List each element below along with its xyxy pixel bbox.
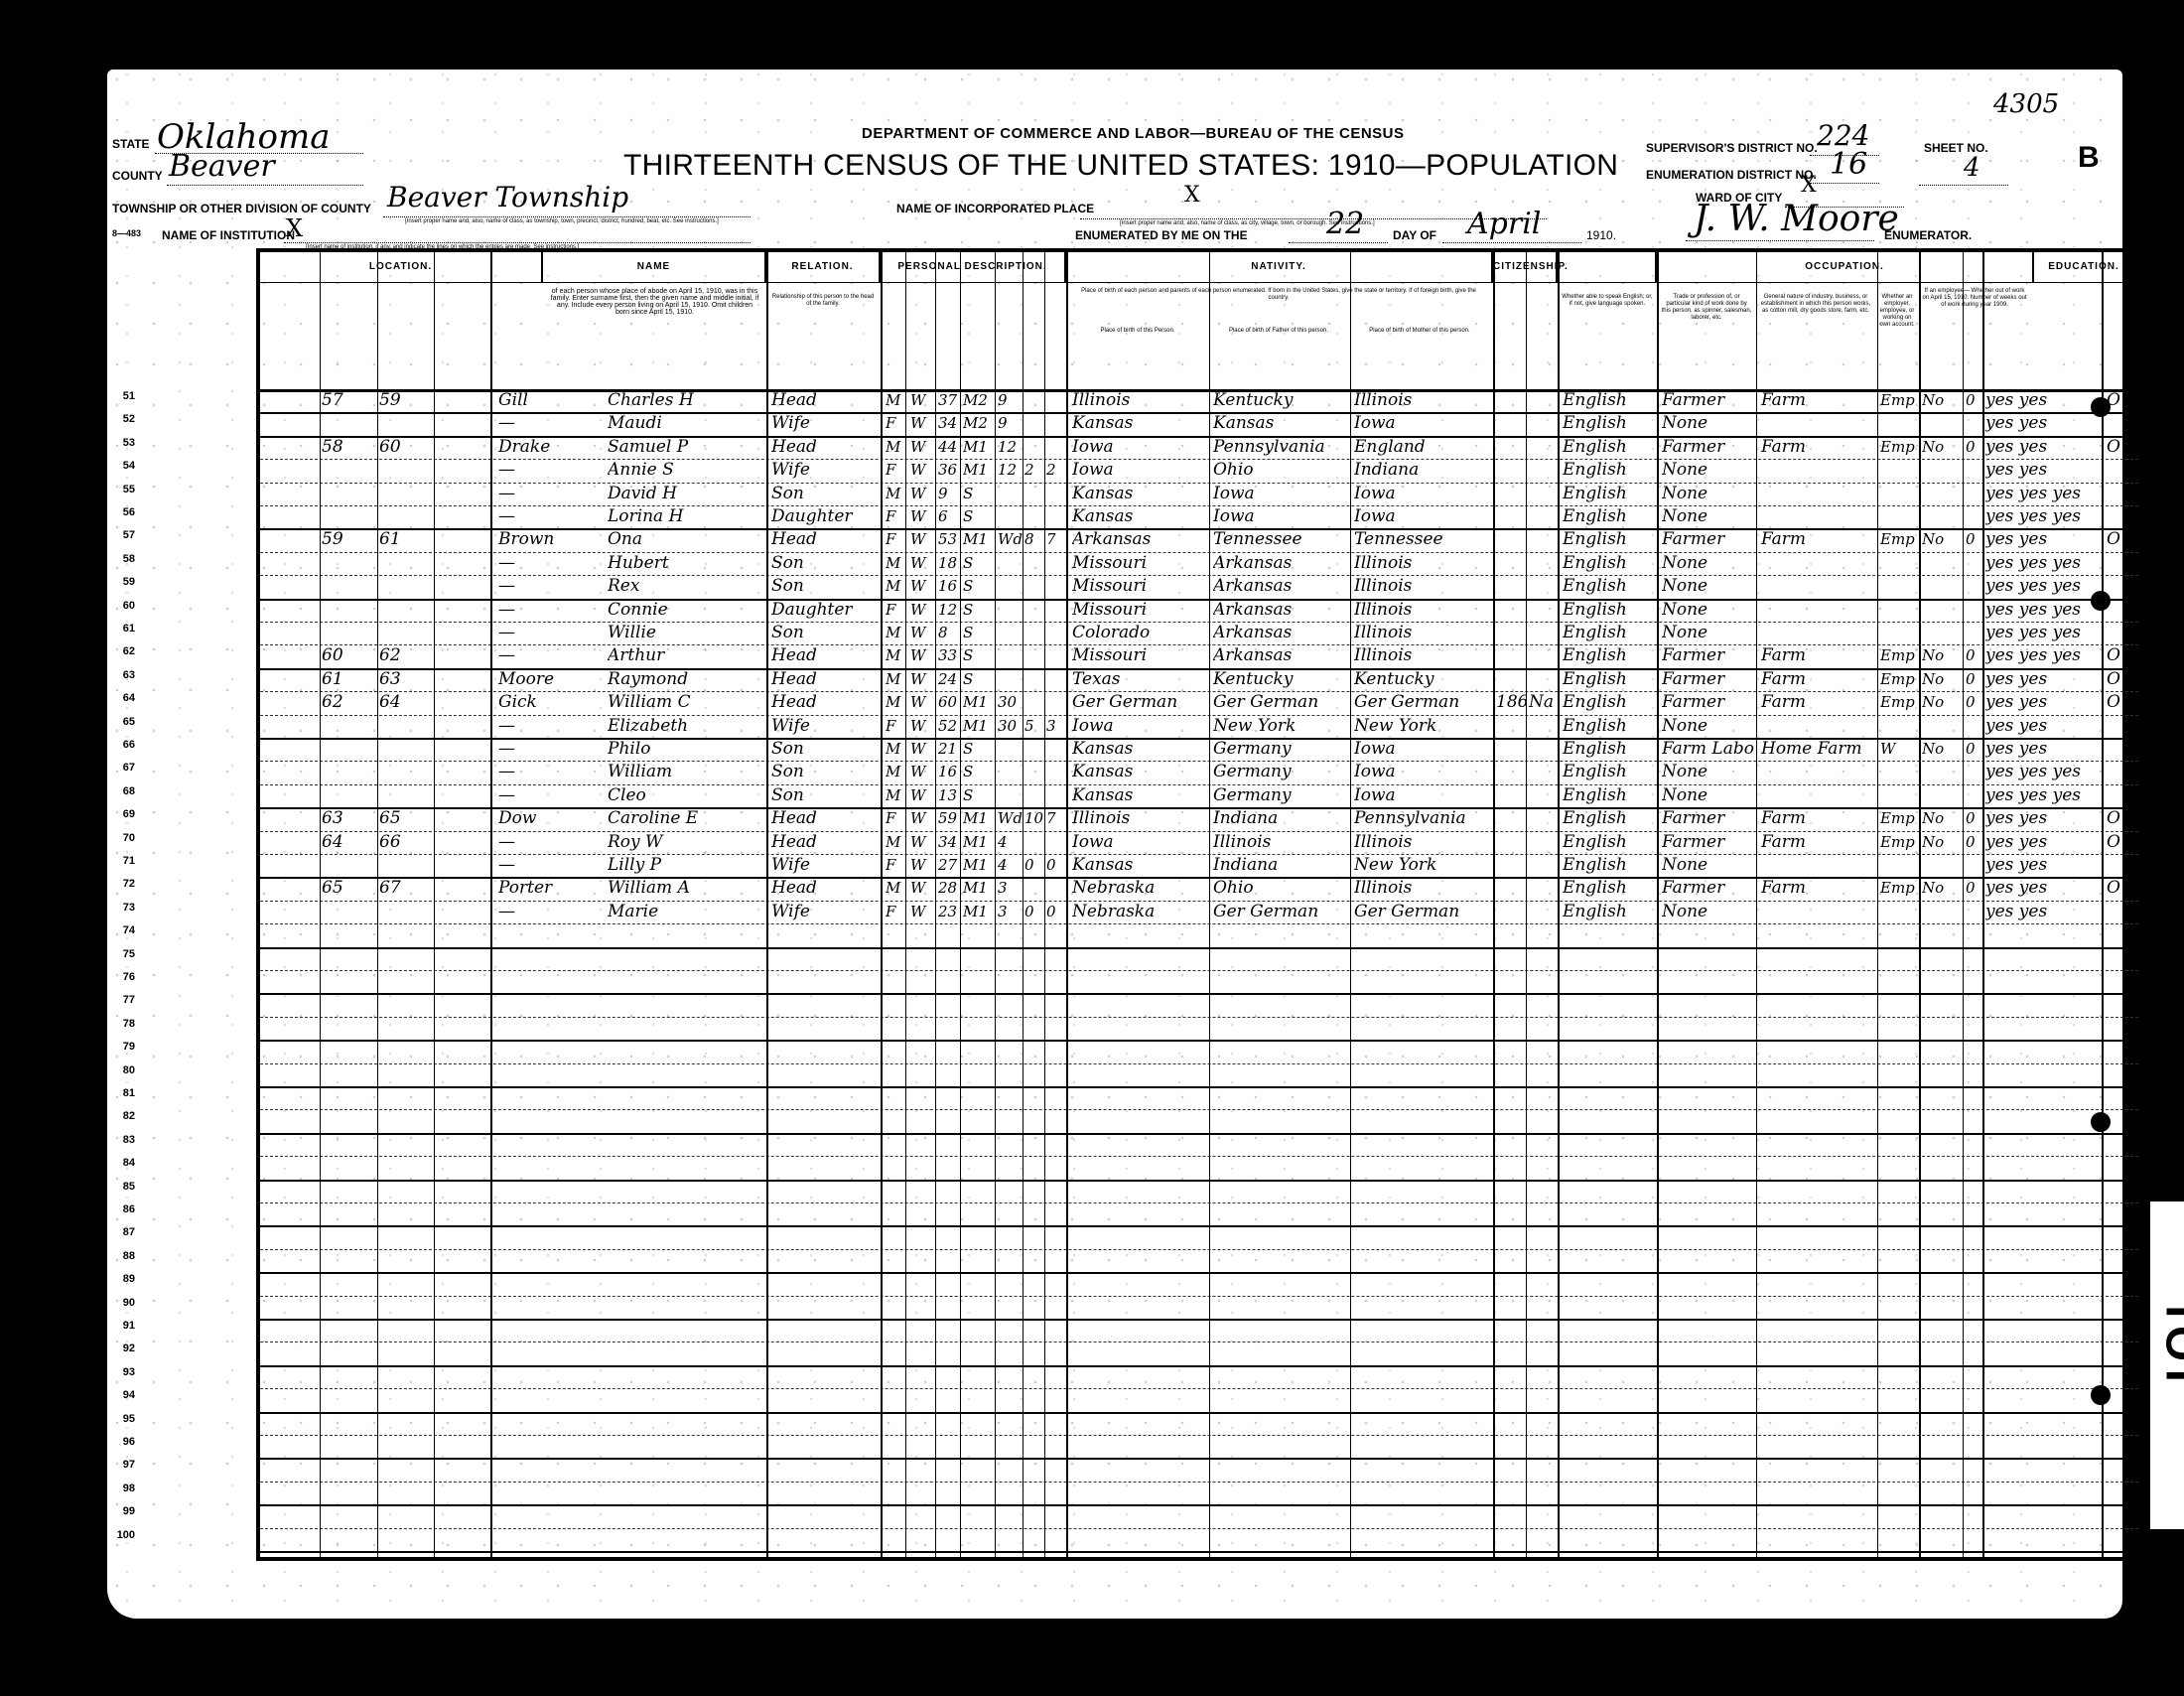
cell-birth-person: Kansas (1072, 784, 1207, 807)
cell-read-write: yes yes yes (1985, 575, 2100, 598)
cell-birth-person: Kansas (1072, 483, 1207, 505)
table-row (260, 1225, 2138, 1249)
cell-given: Ona (608, 528, 764, 551)
cell-birth-mother: Indiana (1354, 459, 1491, 482)
table-row: —Lilly PWifeFW27M1400KansasIndianaNew Yo… (260, 854, 2138, 879)
cell-class (1880, 599, 1918, 622)
cell-birth-father: Arkansas (1213, 599, 1348, 622)
cell-birth-person: Kansas (1072, 412, 1207, 435)
cell-surname: — (498, 622, 608, 644)
cell-years-married: 12 (998, 459, 1023, 482)
cell-natur (1529, 436, 1557, 459)
cell-race: W (910, 715, 934, 738)
cell-weeks-out (1966, 761, 1981, 783)
cell-weeks-out (1966, 599, 1981, 622)
cell-sex: M (886, 644, 905, 667)
cell-english: English (1563, 389, 1656, 412)
census-table: LOCATION. NAME RELATION. PERSONAL DESCRI… (256, 248, 2142, 1561)
table-row: 6062—ArthurHeadMW33SMissouriArkansasIlli… (260, 644, 2138, 669)
cell-family: 65 (379, 807, 429, 830)
vline (1044, 252, 1045, 1557)
cell-natur (1529, 622, 1557, 644)
cell-birth-father: Indiana (1213, 807, 1348, 830)
cell-sex: M (886, 877, 905, 900)
line-number: 69 (105, 808, 135, 820)
line-number: 76 (2150, 971, 2180, 983)
cell-english: English (1563, 459, 1656, 482)
cell-years-married: Wd (998, 807, 1023, 830)
cell-dwelling (322, 599, 371, 622)
cell-trade: Farmer (1662, 877, 1755, 900)
cell-class (1880, 784, 1918, 807)
line-number: 70 (105, 832, 135, 844)
cell-english: English (1563, 528, 1656, 551)
cell-surname: — (498, 483, 608, 505)
cell-trade: Farmer (1662, 807, 1755, 830)
cell-dwelling: 58 (322, 436, 371, 459)
cell-read-write: yes yes (1985, 691, 2100, 714)
cell-given: William C (608, 691, 764, 714)
cell-weeks-out (1966, 412, 1981, 435)
cell-children-living (1046, 575, 1066, 598)
county-line (167, 185, 363, 186)
line-number: 55 (2150, 484, 2180, 495)
cell-given: Elizabeth (608, 715, 764, 738)
cell-birth-father: Pennsylvania (1213, 436, 1348, 459)
vline (1657, 252, 1659, 1557)
cell-years-married: 9 (998, 412, 1023, 435)
cell-birth-mother: Illinois (1354, 644, 1491, 667)
vline (1756, 252, 1757, 1557)
cell-family (379, 738, 429, 761)
cell-given: Connie (608, 599, 764, 622)
cell-surname: — (498, 552, 608, 575)
line-number: 85 (2150, 1181, 2180, 1193)
line-number: 62 (2150, 645, 2180, 657)
line-number: 92 (105, 1343, 135, 1354)
line-number: 72 (105, 878, 135, 890)
township-note: [Insert proper name and, also, name of c… (405, 218, 719, 224)
cell-dwelling (322, 552, 371, 575)
line-number: 90 (105, 1297, 135, 1309)
cell-industry (1761, 715, 1876, 738)
line-number: 78 (2150, 1018, 2180, 1030)
cell-race: W (910, 877, 934, 900)
cell-english: English (1563, 738, 1656, 761)
cell-children-born: 0 (1024, 901, 1044, 923)
cell-immig (1496, 644, 1526, 667)
cell-family (379, 761, 429, 783)
cell-given: Maudi (608, 412, 764, 435)
table-row: —ConnieDaughterFW12SMissouriArkansasIlli… (260, 599, 2138, 623)
cell-children-born (1024, 436, 1044, 459)
table-row: —CleoSonMW13SKansasGermanyIowaEnglishNon… (260, 784, 2138, 809)
cell-relation: Head (771, 644, 879, 667)
cell-age: 8 (938, 622, 960, 644)
cell-years-married: 9 (998, 389, 1023, 412)
table-row (260, 1133, 2138, 1157)
cell-industry: Farm (1761, 877, 1876, 900)
cell-birth-mother: New York (1354, 715, 1491, 738)
cell-english: English (1563, 831, 1656, 854)
cell-trade: Farmer (1662, 528, 1755, 551)
signature-line (1686, 240, 1874, 241)
cell-sex: F (886, 807, 905, 830)
line-number: 94 (105, 1389, 135, 1401)
line-number: 60 (2150, 600, 2180, 612)
cell-birth-person: Missouri (1072, 644, 1207, 667)
cell-sex: F (886, 715, 905, 738)
cell-birth-mother: Illinois (1354, 877, 1491, 900)
cell-children-living (1046, 831, 1066, 854)
cell-children-living (1046, 389, 1066, 412)
cell-out-of-work (1922, 854, 1962, 877)
vline (881, 252, 883, 1557)
cell-english: English (1563, 691, 1656, 714)
line-number: 54 (2150, 460, 2180, 472)
cell-race: W (910, 459, 934, 482)
cell-children-born (1024, 552, 1044, 575)
cell-relation: Daughter (771, 599, 879, 622)
cell-birth-father: Germany (1213, 784, 1348, 807)
table-row (260, 1296, 2138, 1321)
cell-family (379, 715, 429, 738)
cell-immig (1496, 901, 1526, 923)
cell-weeks-out: 0 (1966, 807, 1981, 830)
cell-industry (1761, 459, 1876, 482)
cell-children-born (1024, 412, 1044, 435)
cell-dwelling (322, 738, 371, 761)
cell-age: 16 (938, 575, 960, 598)
cell-surname: — (498, 901, 608, 923)
cell-marital: S (963, 575, 995, 598)
cell-marital: M1 (963, 807, 995, 830)
cell-age: 44 (938, 436, 960, 459)
cell-children-born (1024, 483, 1044, 505)
line-number: 80 (105, 1064, 135, 1076)
cell-children-born (1024, 505, 1044, 528)
cell-surname: — (498, 854, 608, 877)
cell-children-living: 0 (1046, 854, 1066, 877)
cell-english: English (1563, 644, 1656, 667)
cell-marital: M1 (963, 901, 995, 923)
cell-years-married (998, 644, 1023, 667)
cell-children-born (1024, 738, 1044, 761)
cell-children-living (1046, 644, 1066, 667)
line-number: 99 (105, 1505, 135, 1517)
line-number: 69 (2150, 808, 2180, 820)
cell-read-write: yes yes (1985, 668, 2100, 691)
line-number: 52 (2150, 413, 2180, 425)
table-row (260, 1482, 2138, 1506)
county-value: Beaver (169, 149, 275, 184)
cell-industry: Farm (1761, 831, 1876, 854)
cell-sex: M (886, 436, 905, 459)
cell-trade: Farmer (1662, 691, 1755, 714)
line-number: 78 (105, 1018, 135, 1030)
cell-family: 61 (379, 528, 429, 551)
cell-dwelling: 60 (322, 644, 371, 667)
cell-class: W (1880, 738, 1918, 761)
cell-relation: Head (771, 691, 879, 714)
cell-family (379, 505, 429, 528)
cell-family (379, 784, 429, 807)
cell-trade: None (1662, 901, 1755, 923)
cell-natur (1529, 483, 1557, 505)
line-number: 88 (105, 1250, 135, 1262)
line-number: 64 (105, 692, 135, 704)
cell-years-married (998, 483, 1023, 505)
cell-relation: Head (771, 807, 879, 830)
cell-marital: S (963, 644, 995, 667)
cell-family: 60 (379, 436, 429, 459)
cell-immig (1496, 599, 1526, 622)
cell-birth-father: Iowa (1213, 505, 1348, 528)
cell-english: English (1563, 854, 1656, 877)
cell-age: 60 (938, 691, 960, 714)
cell-family (379, 854, 429, 877)
cell-birth-person: Ger German (1072, 691, 1207, 714)
cell-relation: Son (771, 622, 879, 644)
line-number: 66 (2150, 739, 2180, 751)
table-row: 6567PorterWilliam AHeadMW28M13NebraskaOh… (260, 877, 2138, 901)
cell-birth-mother: Pennsylvania (1354, 807, 1491, 830)
cell-dwelling (322, 622, 371, 644)
cell-marital: M1 (963, 715, 995, 738)
cell-birth-mother: New York (1354, 854, 1491, 877)
cell-race: W (910, 483, 934, 505)
table-row (260, 1528, 2138, 1553)
cell-given: Samuel P (608, 436, 764, 459)
cell-class (1880, 505, 1918, 528)
cell-english: English (1563, 436, 1656, 459)
cell-industry (1761, 901, 1876, 923)
table-row: —Lorina HDaughterFW6SKansasIowaIowaEngli… (260, 505, 2138, 530)
cell-birth-mother: Illinois (1354, 622, 1491, 644)
cell-race: W (910, 831, 934, 854)
cell-birth-father: Illinois (1213, 831, 1348, 854)
cell-read-write: yes yes (1985, 412, 2100, 435)
cell-family (379, 599, 429, 622)
stamp-number: 4305 (1993, 89, 2059, 119)
line-number: 57 (105, 529, 135, 541)
cell-birth-person: Iowa (1072, 459, 1207, 482)
cell-out-of-work: No (1922, 389, 1962, 412)
birth-mother-header: Place of birth of Mother of this person. (1350, 326, 1489, 355)
line-number: 63 (105, 669, 135, 681)
cell-out-of-work (1922, 599, 1962, 622)
cell-read-write: yes yes (1985, 459, 2100, 482)
cell-family: 62 (379, 644, 429, 667)
cell-marital: M2 (963, 412, 995, 435)
cell-trade: None (1662, 575, 1755, 598)
vline (960, 252, 961, 1557)
cell-relation: Son (771, 761, 879, 783)
cell-industry (1761, 483, 1876, 505)
line-number: 75 (2150, 948, 2180, 960)
group-english (1558, 252, 1657, 283)
cell-natur (1529, 599, 1557, 622)
cell-birth-father: Arkansas (1213, 575, 1348, 598)
cell-years-married: Wd (998, 528, 1023, 551)
table-row: —MaudiWifeFW34M29KansasKansasIowaEnglish… (260, 412, 2138, 437)
cell-years-married (998, 784, 1023, 807)
table-row: —WilliamSonMW16SKansasGermanyIowaEnglish… (260, 761, 2138, 784)
cell-family: 67 (379, 877, 429, 900)
sheet-line (1919, 185, 2008, 186)
form-code: 8—483 (112, 228, 141, 238)
cell-sex: F (886, 854, 905, 877)
cell-natur (1529, 854, 1557, 877)
line-number: 60 (105, 600, 135, 612)
cell-english: English (1563, 715, 1656, 738)
cell-birth-person: Illinois (1072, 807, 1207, 830)
cell-race: W (910, 389, 934, 412)
table-row: 5759GillCharles HHeadMW37M29IllinoisKent… (260, 389, 2138, 414)
punch-hole (2091, 1385, 2111, 1405)
cell-sex: F (886, 412, 905, 435)
table-row: —David HSonMW9SKansasIowaIowaEnglishNone… (260, 483, 2138, 506)
cell-out-of-work: No (1922, 807, 1962, 830)
cell-birth-person: Kansas (1072, 738, 1207, 761)
enumerated-label: Enumerated by me on the (1075, 228, 1248, 242)
cell-read-write: yes yes (1985, 715, 2100, 738)
cell-natur (1529, 761, 1557, 783)
cell-class (1880, 412, 1918, 435)
cell-age: 24 (938, 668, 960, 691)
cell-children-living (1046, 761, 1066, 783)
vline (377, 252, 378, 1557)
cell-immig (1496, 389, 1526, 412)
cell-natur (1529, 528, 1557, 551)
cell-industry: Farm (1761, 528, 1876, 551)
employer-column-desc: Whether an employer, employee, or workin… (1877, 292, 1917, 361)
cell-industry: Home Farm (1761, 738, 1876, 761)
line-number: 58 (2150, 553, 2180, 565)
cell-weeks-out (1966, 459, 1981, 482)
cell-marital: S (963, 738, 995, 761)
cell-sex: M (886, 389, 905, 412)
cell-relation: Head (771, 831, 879, 854)
enumerator-signature: J. W. Moore (1694, 199, 1899, 239)
cell-dwelling (322, 412, 371, 435)
table-row: —HubertSonMW18SMissouriArkansasIllinoisE… (260, 552, 2138, 576)
line-number: 56 (105, 506, 135, 518)
line-number: 71 (105, 855, 135, 867)
cell-trade: None (1662, 784, 1755, 807)
cell-class (1880, 622, 1918, 644)
cell-age: 34 (938, 412, 960, 435)
line-number: 72 (2150, 878, 2180, 890)
line-number: 89 (105, 1273, 135, 1285)
cell-natur (1529, 807, 1557, 830)
line-number: 84 (2150, 1157, 2180, 1169)
cell-birth-person: Missouri (1072, 552, 1207, 575)
cell-years-married: 12 (998, 436, 1023, 459)
cell-dwelling (322, 761, 371, 783)
table-row (260, 1504, 2138, 1528)
cell-sex: M (886, 831, 905, 854)
cell-read-write: yes yes yes (1985, 599, 2100, 622)
line-number: 68 (2150, 785, 2180, 797)
cell-industry: Farm (1761, 668, 1876, 691)
cell-weeks-out: 0 (1966, 528, 1981, 551)
cell-out-of-work (1922, 575, 1962, 598)
cell-trade: Farmer (1662, 436, 1755, 459)
cell-dwelling: 64 (322, 831, 371, 854)
cell-sex: M (886, 575, 905, 598)
table-row (260, 1156, 2138, 1181)
cell-marital: M1 (963, 436, 995, 459)
cell-children-living (1046, 691, 1066, 714)
cell-trade: None (1662, 761, 1755, 783)
line-number: 83 (105, 1134, 135, 1146)
cell-birth-father: Iowa (1213, 483, 1348, 505)
cell-race: W (910, 412, 934, 435)
cell-out-of-work: No (1922, 436, 1962, 459)
vline (490, 252, 492, 1557)
cell-class (1880, 483, 1918, 505)
cell-class: Emp (1880, 644, 1918, 667)
table-row: —RexSonMW16SMissouriArkansasIllinoisEngl… (260, 575, 2138, 600)
vline (1493, 252, 1495, 1557)
cell-dwelling: 59 (322, 528, 371, 551)
punch-hole (2091, 591, 2111, 611)
cell-sex: M (886, 552, 905, 575)
cell-years-married (998, 738, 1023, 761)
cell-marital: M1 (963, 691, 995, 714)
cell-given: Caroline E (608, 807, 764, 830)
cell-given: Cleo (608, 784, 764, 807)
cell-out-of-work: No (1922, 831, 1962, 854)
state-label: State (112, 137, 150, 151)
cell-family (379, 901, 429, 923)
cell-race: W (910, 528, 934, 551)
cell-birth-person: Nebraska (1072, 901, 1207, 923)
nativity-column-desc: Place of birth of each person and parent… (1068, 286, 1489, 310)
cell-out-of-work: No (1922, 668, 1962, 691)
cell-out-of-work: No (1922, 644, 1962, 667)
cell-industry: Farm (1761, 436, 1876, 459)
cell-immig (1496, 552, 1526, 575)
cell-read-write: yes yes (1985, 901, 2100, 923)
cell-birth-father: Kentucky (1213, 668, 1348, 691)
cell-marital: M2 (963, 389, 995, 412)
township-value: Beaver Township (387, 181, 628, 213)
incorporated-value: X (1184, 183, 1200, 208)
line-number: 54 (105, 460, 135, 472)
cell-birth-father: Germany (1213, 738, 1348, 761)
line-number: 97 (105, 1459, 135, 1471)
cell-birth-person: Iowa (1072, 715, 1207, 738)
supervisor-label: Supervisor's District No. (1646, 141, 1818, 155)
cell-dwelling (322, 854, 371, 877)
cell-weeks-out: 0 (1966, 668, 1981, 691)
cell-read-write: yes yes yes (1985, 784, 2100, 807)
cell-sex: F (886, 528, 905, 551)
cell-given: Arthur (608, 644, 764, 667)
cell-given: Roy W (608, 831, 764, 854)
cell-class (1880, 459, 1918, 482)
cell-race: W (910, 901, 934, 923)
cell-birth-father: New York (1213, 715, 1348, 738)
cell-children-born (1024, 761, 1044, 783)
cell-children-born: 8 (1024, 528, 1044, 551)
birth-father-header: Place of birth of Father of this person. (1209, 326, 1348, 355)
census-title: THIRTEENTH CENSUS OF THE UNITED STATES: … (623, 149, 1618, 183)
cell-read-write: yes yes (1985, 389, 2100, 412)
cell-dwelling: 61 (322, 668, 371, 691)
